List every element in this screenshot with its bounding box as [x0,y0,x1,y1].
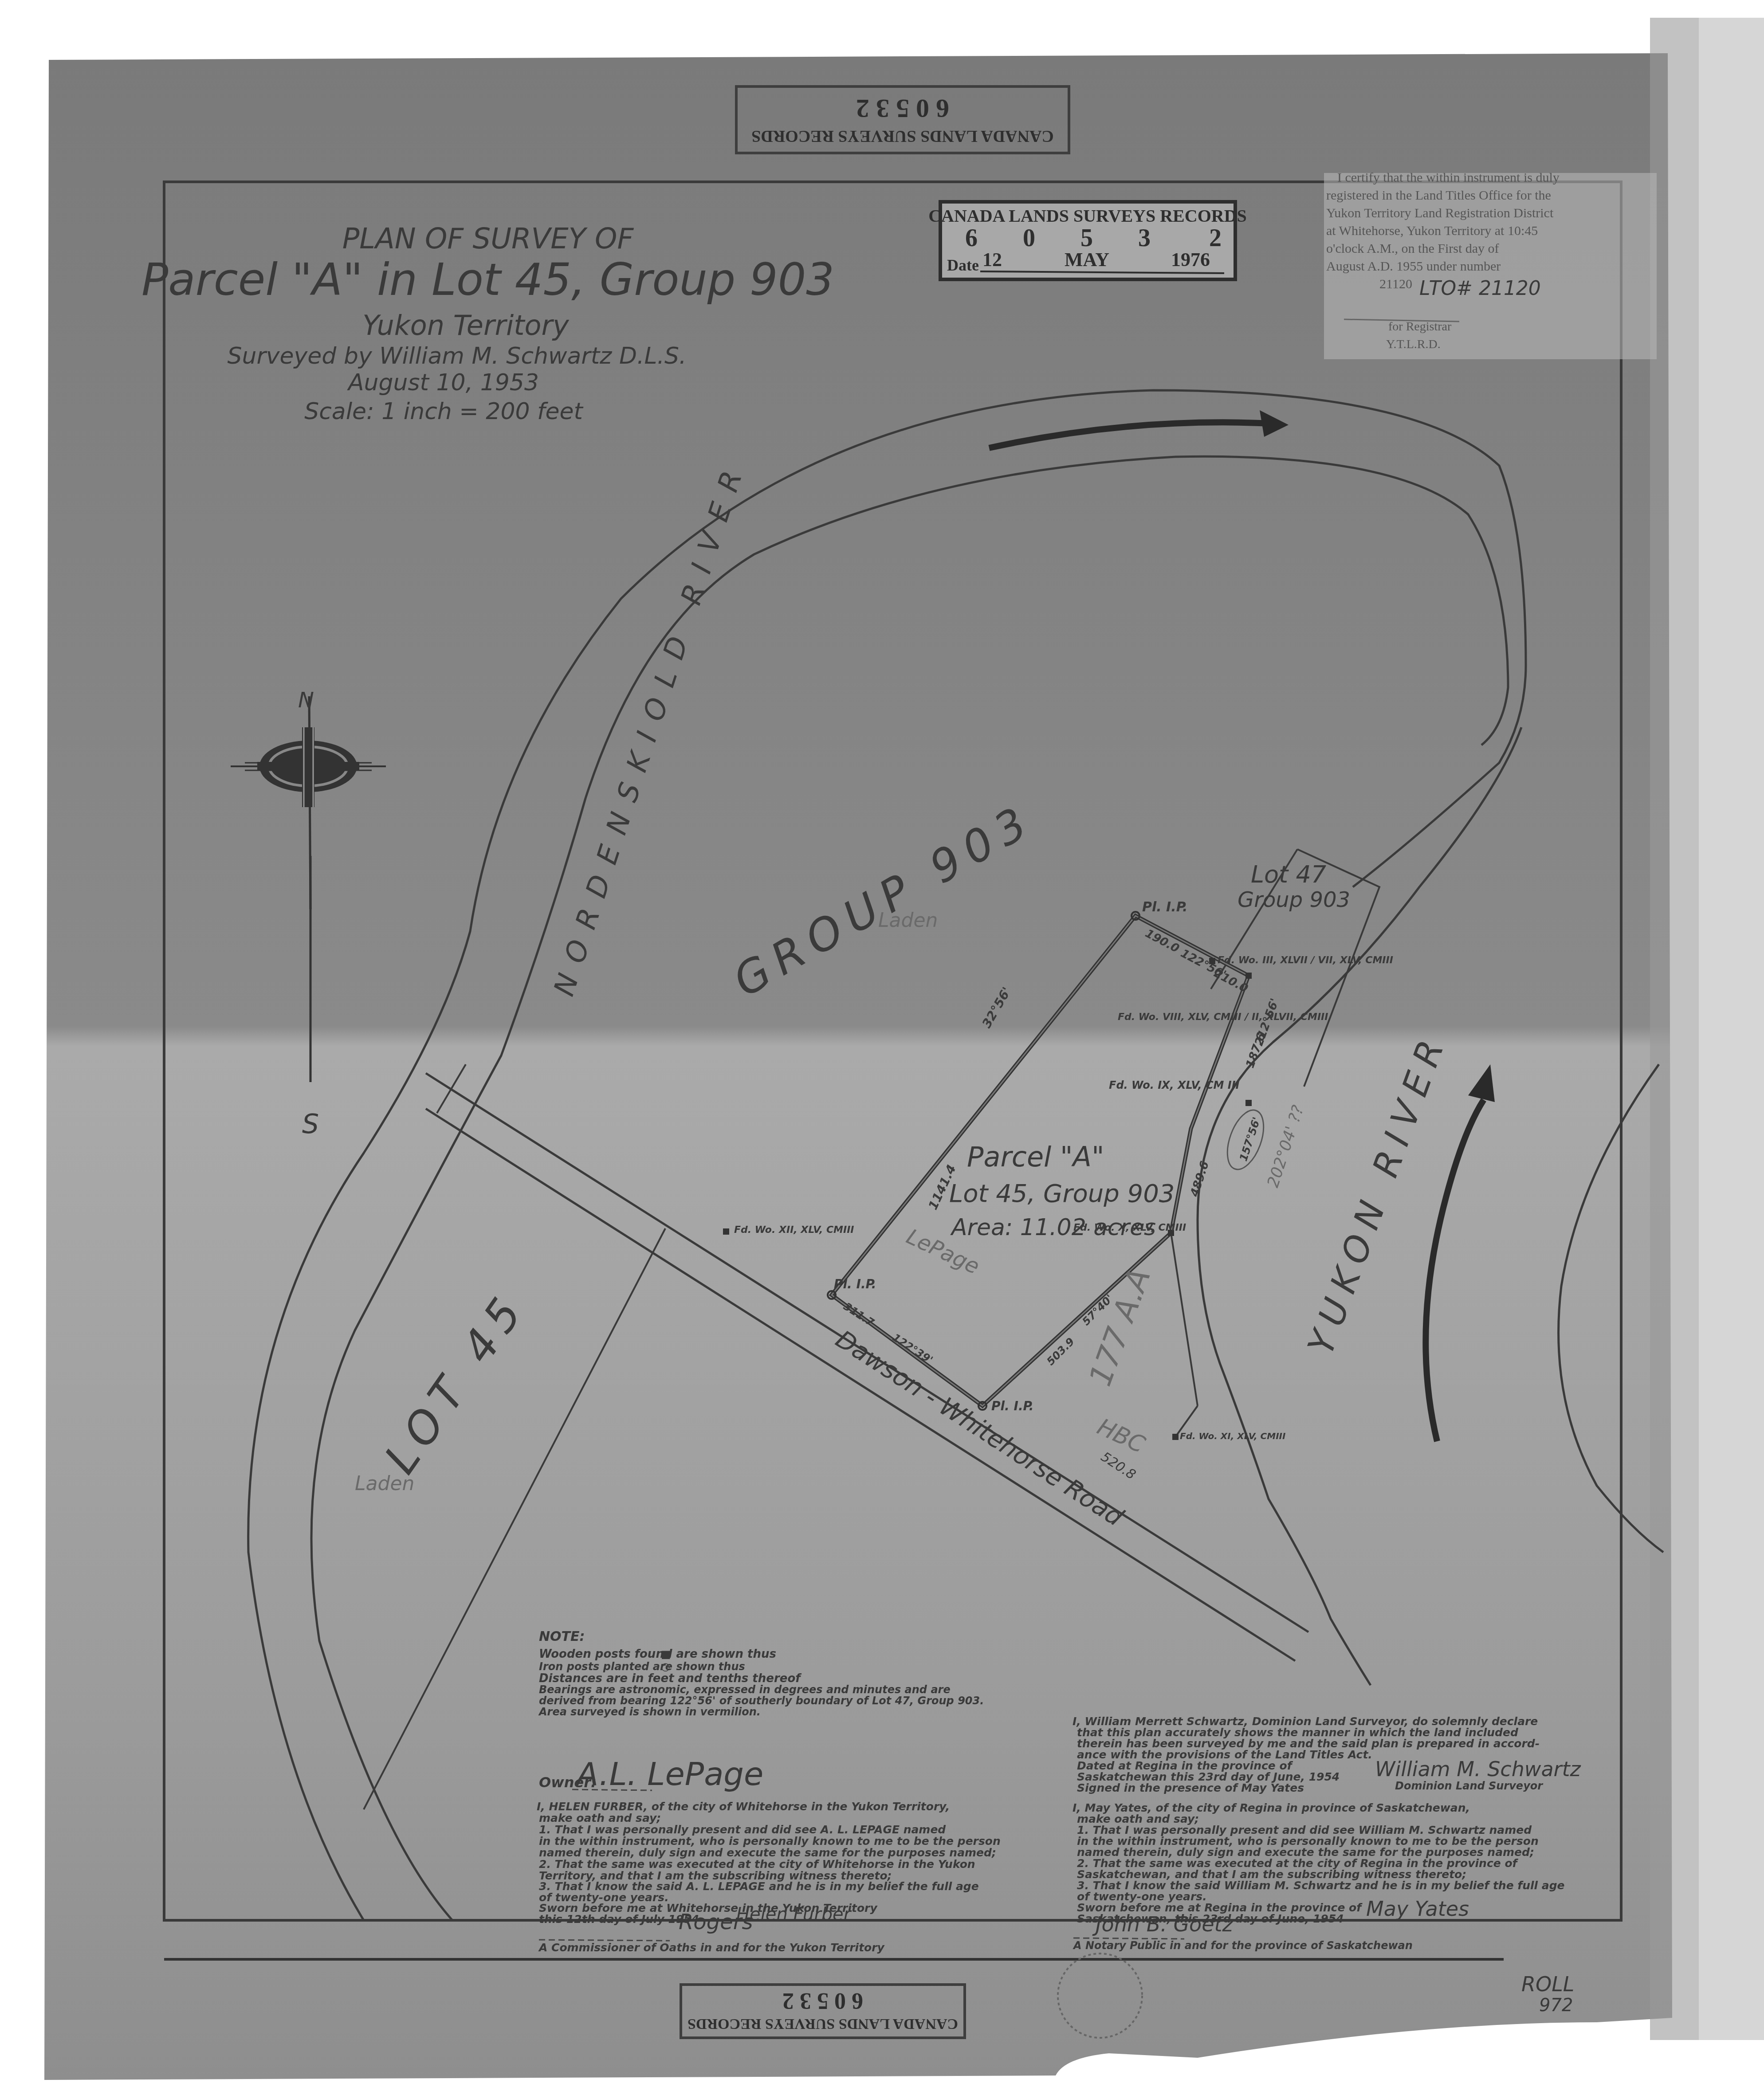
svg-text:at Whitehorse, Yukon Territory: at Whitehorse, Yukon Territory at 10:45 [1326,224,1538,238]
svg-text:21120: 21120 [1379,277,1412,291]
point-label: Pl. I.P. [834,1277,876,1291]
parcel-name: Parcel "A" [967,1141,1104,1173]
svg-text:6 0 5 3 2: 6 0 5 3 2 [856,94,949,123]
svg-text:I certify that the within inst: I certify that the within instrument is … [1337,170,1560,185]
lto-number: LTO# 21120 [1419,277,1541,300]
svg-text:Area surveyed is shown in verm: Area surveyed is shown in vermilion. [538,1706,761,1718]
point-label: Fd. Wo. XI, XLV, CMIII [1180,1431,1286,1441]
svg-text:named therein, duly sign and e: named therein, duly sign and execute the… [539,1846,996,1859]
svg-text:Iron posts planted are shown t: Iron posts planted are shown thus [539,1660,745,1673]
lot-47-group: Group 903 [1238,887,1350,912]
svg-text:1. That I was personally prese: 1. That I was personally present and did… [539,1823,946,1836]
svg-text:I, HELEN FURBER, of the city o: I, HELEN FURBER, of the city of Whitehor… [537,1800,950,1813]
witness-signature: Helen Furber [736,1904,852,1925]
survey-plan: PLAN OF SURVEY OF Parcel "A" in Lot 45, … [0,0,1764,2099]
svg-text:o'clock A.M., on the First day: o'clock A.M., on the First day of [1326,241,1499,256]
records-stamp-heading: CANADA LANDS SURVEYS RECORDS [928,206,1247,226]
svg-text:Y.T.L.R.D.: Y.T.L.R.D. [1386,337,1441,351]
compass-north: N [298,688,314,713]
owner-signature: A.L. LePage [575,1755,763,1793]
paper-strip-right [1650,18,1703,2040]
svg-text:A Commissioner of Oaths in and: A Commissioner of Oaths in and for the Y… [538,1941,885,1954]
point-label: Fd. Wo. III, XLVII / VII, XLV, CMIII [1218,955,1393,966]
svg-text:6 0 5 3 2: 6 0 5 3 2 [782,1988,863,2013]
pencil-note-lot45: Laden [355,1472,414,1495]
svg-text:for Registrar: for Registrar [1388,320,1452,333]
svg-text:registered in the Land Titles: registered in the Land Titles Office for… [1326,188,1551,203]
point-label: Pl. I.P. [1142,899,1187,915]
records-digit: 3 [1138,224,1151,252]
point-label: Fd. Wo. VIII, XLV, CMIII / II, XLVII, CM… [1118,1012,1328,1023]
records-date-year: 1976 [1171,249,1210,271]
svg-text:this 12th day of July 1954: this 12th day of July 1954 [539,1913,699,1926]
pencil-note-group: Laden [878,909,938,932]
svg-text:August A.D. 1955 under number: August A.D. 1955 under number [1326,259,1501,274]
svg-text:CANADA LANDS SURVEYS RECORDS: CANADA LANDS SURVEYS RECORDS [688,2016,958,2032]
title-line1: PLAN OF SURVEY OF [342,223,634,255]
svg-text:Yukon Territory Land Registrat: Yukon Territory Land Registration Distri… [1326,206,1554,220]
title-line6: Scale: 1 inch = 200 feet [304,398,583,425]
point-label: Fd. Wo. X, XLV, CMIII [1073,1222,1186,1233]
svg-text:CANADA LANDS SURVEYS RECORDS: CANADA LANDS SURVEYS RECORDS [751,127,1054,145]
parcel-lot: Lot 45, Group 903 [949,1179,1175,1208]
records-date-day: 12 [982,249,1002,271]
svg-text:Signed in the presence of May: Signed in the presence of May Yates [1077,1781,1304,1794]
wooden-post-symbol: ■ [661,1648,671,1660]
svg-text:Dominion Land Surveyor: Dominion Land Surveyor [1395,1780,1544,1792]
records-stamp: CANADA LANDS SURVEYS RECORDS 6 0 5 3 2 D… [928,202,1247,279]
roll-number: 972 [1539,1995,1573,2016]
svg-text:Bearings are astronomic, expre: Bearings are astronomic, expressed in de… [539,1683,951,1696]
lot-47-label: Lot 47 [1251,860,1326,888]
svg-text:2. That the same was executed: 2. That the same was executed at the cit… [539,1858,975,1871]
iron-post-symbol: ○ [661,1660,670,1673]
title-line3: Yukon Territory [362,309,570,341]
point-label: Pl. I.P. [991,1399,1034,1413]
roll-note: ROLL [1521,1972,1574,1996]
records-digit: 0 [1023,224,1035,252]
title-line5: August 10, 1953 [347,369,539,396]
svg-text:Wooden posts found are shown t: Wooden posts found are shown thus [539,1648,776,1661]
records-digit: 6 [965,224,978,252]
records-date-label: Date [947,256,979,274]
notary-signature: John B. Goetz [1092,1912,1234,1936]
witness-signature: May Yates [1366,1897,1469,1921]
point-label: Fd. Wo. XII, XLV, CMIII [734,1224,854,1236]
svg-text:in the within instrument, who: in the within instrument, who is persona… [539,1835,1001,1848]
title-line4: Surveyed by William M. Schwartz D.L.S. [227,343,686,369]
records-digit: 2 [1209,224,1222,252]
note-heading: NOTE: [539,1629,585,1644]
compass-south: S [302,1109,319,1140]
title-line2: Parcel "A" in Lot 45, Group 903 [141,254,834,306]
svg-text:make oath and say;: make oath and say; [539,1812,661,1824]
svg-text:A Notary Public in and for the: A Notary Public in and for the province … [1073,1939,1413,1952]
surveyor-signature: William M. Schwartz [1375,1757,1581,1781]
records-date-month: MAY [1065,249,1109,271]
registration-certificate: I certify that the within instrument is … [1324,170,1657,359]
point-label: Fd. Wo. IX, XLV, CM III [1109,1079,1240,1091]
svg-text:derived from bearing 122°56' o: derived from bearing 122°56' of southerl… [539,1695,984,1707]
records-digit: 5 [1080,224,1093,252]
